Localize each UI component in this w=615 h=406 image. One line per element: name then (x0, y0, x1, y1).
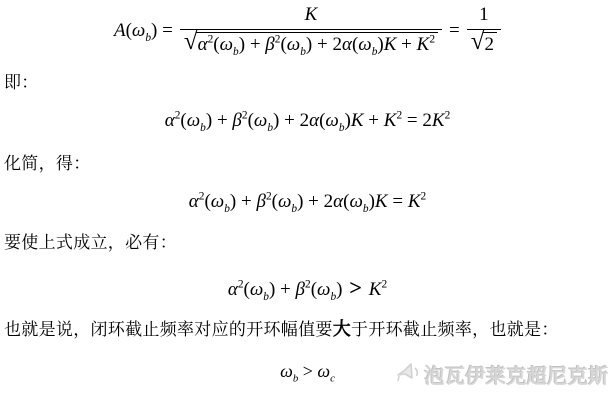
radical-sign: √ (184, 29, 198, 54)
watermark-text: 泡瓦伊莱克超尼克斯 (425, 360, 610, 389)
formula-simplified-equation: α2(ωb) + β2(ωb) + 2α(ωb)K = K2 (0, 190, 615, 214)
fraction-main: K √ α2(ωb) + β2(ωb) + 2α(ωb)K + K2 (180, 3, 442, 59)
formula-inequality: α2(ωb) + β2(ωb) > K2 (0, 274, 615, 302)
square-root: √ 2 (471, 32, 497, 57)
watermark: 泡瓦伊莱克超尼克斯 (395, 360, 610, 389)
conclusion-text-pre: 也就是说，闭环截止频率对应的开环幅值要 (4, 320, 333, 339)
radicand: α2(ωb) + β2(ωb) + 2α(ωb)K + K2 (196, 32, 438, 57)
paragraph-conclusion: 也就是说，闭环截止频率对应的开环幅值要大于开环截止频率，也就是： (4, 318, 615, 341)
equals-sign: = (449, 19, 460, 43)
greater-than-sign: > (347, 275, 364, 300)
paragraph-condition: 要使上式成立，必有： (4, 232, 615, 254)
fraction-denominator: √ α2(ωb) + β2(ωb) + 2α(ωb)K + K2 (180, 29, 442, 59)
fraction-one-over-sqrt2: 1 √ 2 (467, 3, 501, 59)
square-root: √ α2(ωb) + β2(ωb) + 2α(ωb)K + K2 (184, 32, 438, 57)
formula-lhs: A(ωb) = (114, 19, 173, 43)
fraction-denominator: √ 2 (467, 29, 501, 59)
inequality-rhs: K2 (369, 279, 387, 300)
paragraph-namely: 即： (4, 72, 615, 94)
inequality-lhs: α2(ωb) + β2(ωb) (228, 279, 343, 300)
fraction-numerator: K (297, 3, 326, 29)
radical-sign: √ (471, 29, 485, 54)
bottom-row: ωb > ωc 泡瓦伊莱克超尼克斯 (0, 360, 615, 390)
conclusion-text-post: 于开环截止频率，也就是： (351, 320, 559, 339)
document-page: A(ωb) = K √ α2(ωb) + β2(ωb) + 2α(ωb)K + … (0, 0, 615, 406)
formula-expanded-equation: α2(ωb) + β2(ωb) + 2α(ωb)K + K2 = 2K2 (0, 109, 615, 133)
formula-closed-loop-amplitude: A(ωb) = K √ α2(ωb) + β2(ωb) + 2α(ωb)K + … (0, 0, 615, 59)
conclusion-bold-char: 大 (333, 319, 351, 339)
megaphone-icon (395, 360, 422, 389)
fraction-numerator: 1 (471, 3, 497, 29)
paragraph-simplify: 化简，得： (4, 153, 615, 175)
